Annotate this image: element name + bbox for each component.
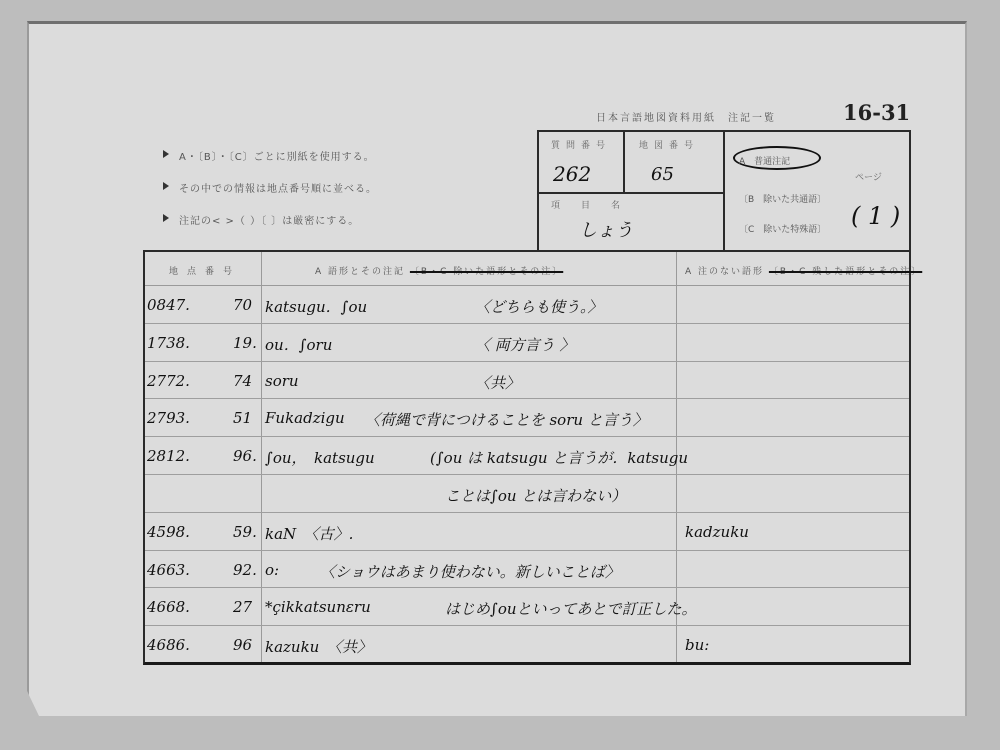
map-number-label: 地図番号 xyxy=(639,138,723,151)
location-sub-number: 96. xyxy=(233,447,257,465)
map-number-cell: 地図番号 65 xyxy=(625,132,723,194)
header-form-without-note: A 注のない語形 〔B・C 残した語形とその注〕 xyxy=(685,264,922,277)
table-row: 4663.92.o:〈ショウはあまり使わない。新しいことば〉 xyxy=(145,551,909,589)
location-number: 2793. xyxy=(147,409,190,427)
word-form: ∫ou， katsugu xyxy=(265,447,375,468)
annotation: (∫ou は katsugu と言うが．katsugu xyxy=(430,447,688,468)
form-without-note: bu: xyxy=(685,636,709,654)
option-c-excluded-special: 〔C 除いた特殊語〕 xyxy=(739,222,826,235)
word-form: kazuku 〈共〉 xyxy=(265,636,372,657)
annotation: 〈ショウはあまり使わない。新しいことば〉 xyxy=(320,561,620,582)
header-form-note: A 語形とその注記 〔B・C 除いた語形とその注〕 xyxy=(315,264,563,277)
sheet-number: 16-31 xyxy=(843,100,910,125)
table-row: ことは∫ou とは言わない） xyxy=(145,475,909,513)
annotation: 〈どちらも使う。〉 xyxy=(475,296,603,317)
note-type-section: A 普通注記 〔B 除いた共通語〕 〔C 除いた特殊語〕 ページ ( 1 ) xyxy=(723,132,909,251)
word-form: soru xyxy=(265,372,299,390)
word-form: Fukadzigu xyxy=(265,409,345,427)
location-number: 4598. xyxy=(147,523,190,541)
triangle-bullet-icon xyxy=(163,150,169,158)
word-form: *çikkatsunεru xyxy=(265,598,371,616)
item-name-value: しょう xyxy=(579,216,633,242)
option-a-common-note: A 普通注記 xyxy=(739,154,790,167)
header-location-number: 地点番号 xyxy=(169,264,241,277)
location-number: 0847. xyxy=(147,296,190,314)
table-row: 2812.96.∫ou， katsugu(∫ou は katsugu と言うが．… xyxy=(145,437,909,475)
option-b-excluded-common: 〔B 除いた共通語〕 xyxy=(739,192,826,205)
map-number-value: 65 xyxy=(651,164,674,185)
word-form: o: xyxy=(265,561,279,579)
annotation: 〈共〉 xyxy=(475,372,520,393)
table-row: 2772.74soru〈共〉 xyxy=(145,362,909,400)
location-sub-number: 92. xyxy=(233,561,257,579)
instructions-list: A・〔B〕・〔C〕ごとに別紙を使用する。 その中での情報は地点番号順に並べる。 … xyxy=(163,148,377,244)
table-row: 1738.19.ou．∫oru〈 両方言う 〉 xyxy=(145,324,909,362)
table-header: 地点番号 A 語形とその注記 〔B・C 除いた語形とその注〕 A 注のない語形 … xyxy=(145,252,909,286)
location-sub-number: 51 xyxy=(233,409,252,427)
annotation: 〈 両方言う 〉 xyxy=(475,334,575,355)
annotation: はじめ∫ouといってあとで訂正した。 xyxy=(445,598,697,619)
table-row: 4598.59.kaN 〈古〉.kadzuku xyxy=(145,513,909,551)
triangle-bullet-icon xyxy=(163,182,169,190)
location-sub-number: 59. xyxy=(233,523,257,541)
notes-table: 地点番号 A 語形とその注記 〔B・C 除いた語形とその注〕 A 注のない語形 … xyxy=(143,250,911,665)
word-form: kaN 〈古〉. xyxy=(265,523,353,544)
instruction-item: 注記の< >（ ）〔 〕は厳密にする。 xyxy=(163,212,377,244)
question-number-value: 262 xyxy=(553,162,591,186)
table-row: 4686.96kazuku 〈共〉bu: xyxy=(145,626,909,664)
location-sub-number: 27 xyxy=(233,598,252,616)
location-sub-number: 74 xyxy=(233,372,252,390)
location-number: 1738. xyxy=(147,334,190,352)
location-sub-number: 70 xyxy=(233,296,252,314)
question-number-cell: 質問番号 262 xyxy=(539,132,625,194)
word-form: ou．∫oru xyxy=(265,334,332,355)
annotation: 〈荷縄で背につけることを soru と言う〉 xyxy=(365,409,648,430)
table-row: 4668.27*çikkatsunεruはじめ∫ouといってあとで訂正した。 xyxy=(145,588,909,626)
header-struck-text: 〔B・C 残した語形とその注〕 xyxy=(769,267,922,277)
location-sub-number: 96 xyxy=(233,636,252,654)
page-value: ( 1 ) xyxy=(851,202,900,230)
instruction-item: その中での情報は地点番号順に並べる。 xyxy=(163,180,377,212)
item-name-cell: 項 目 名 しょう xyxy=(539,194,723,251)
location-sub-number: 19. xyxy=(233,334,257,352)
page-label: ページ xyxy=(855,170,882,183)
annotation: ことは∫ou とは言わない） xyxy=(445,485,626,506)
form-without-note: kadzuku xyxy=(685,523,749,541)
question-number-label: 質問番号 xyxy=(551,138,623,151)
instruction-item: A・〔B〕・〔C〕ごとに別紙を使用する。 xyxy=(163,148,377,180)
location-number: 4663. xyxy=(147,561,190,579)
sheet-title: 日本言語地図資料用紙 注記一覧 xyxy=(596,109,776,124)
location-number: 2812. xyxy=(147,447,190,465)
location-number: 4668. xyxy=(147,598,190,616)
table-row: 0847.70katsugu．∫ou〈どちらも使う。〉 xyxy=(145,286,909,324)
info-box: 質問番号 262 地図番号 65 項 目 名 しょう A 普通注記 〔B 除いた… xyxy=(537,130,911,251)
item-name-label: 項 目 名 xyxy=(551,198,723,211)
location-number: 2772. xyxy=(147,372,190,390)
word-form: katsugu．∫ou xyxy=(265,296,367,317)
header-struck-text: 〔B・C 除いた語形とその注〕 xyxy=(410,267,563,277)
table-row: 2793.51Fukadzigu〈荷縄で背につけることを soru と言う〉 xyxy=(145,399,909,437)
location-number: 4686. xyxy=(147,636,190,654)
triangle-bullet-icon xyxy=(163,214,169,222)
